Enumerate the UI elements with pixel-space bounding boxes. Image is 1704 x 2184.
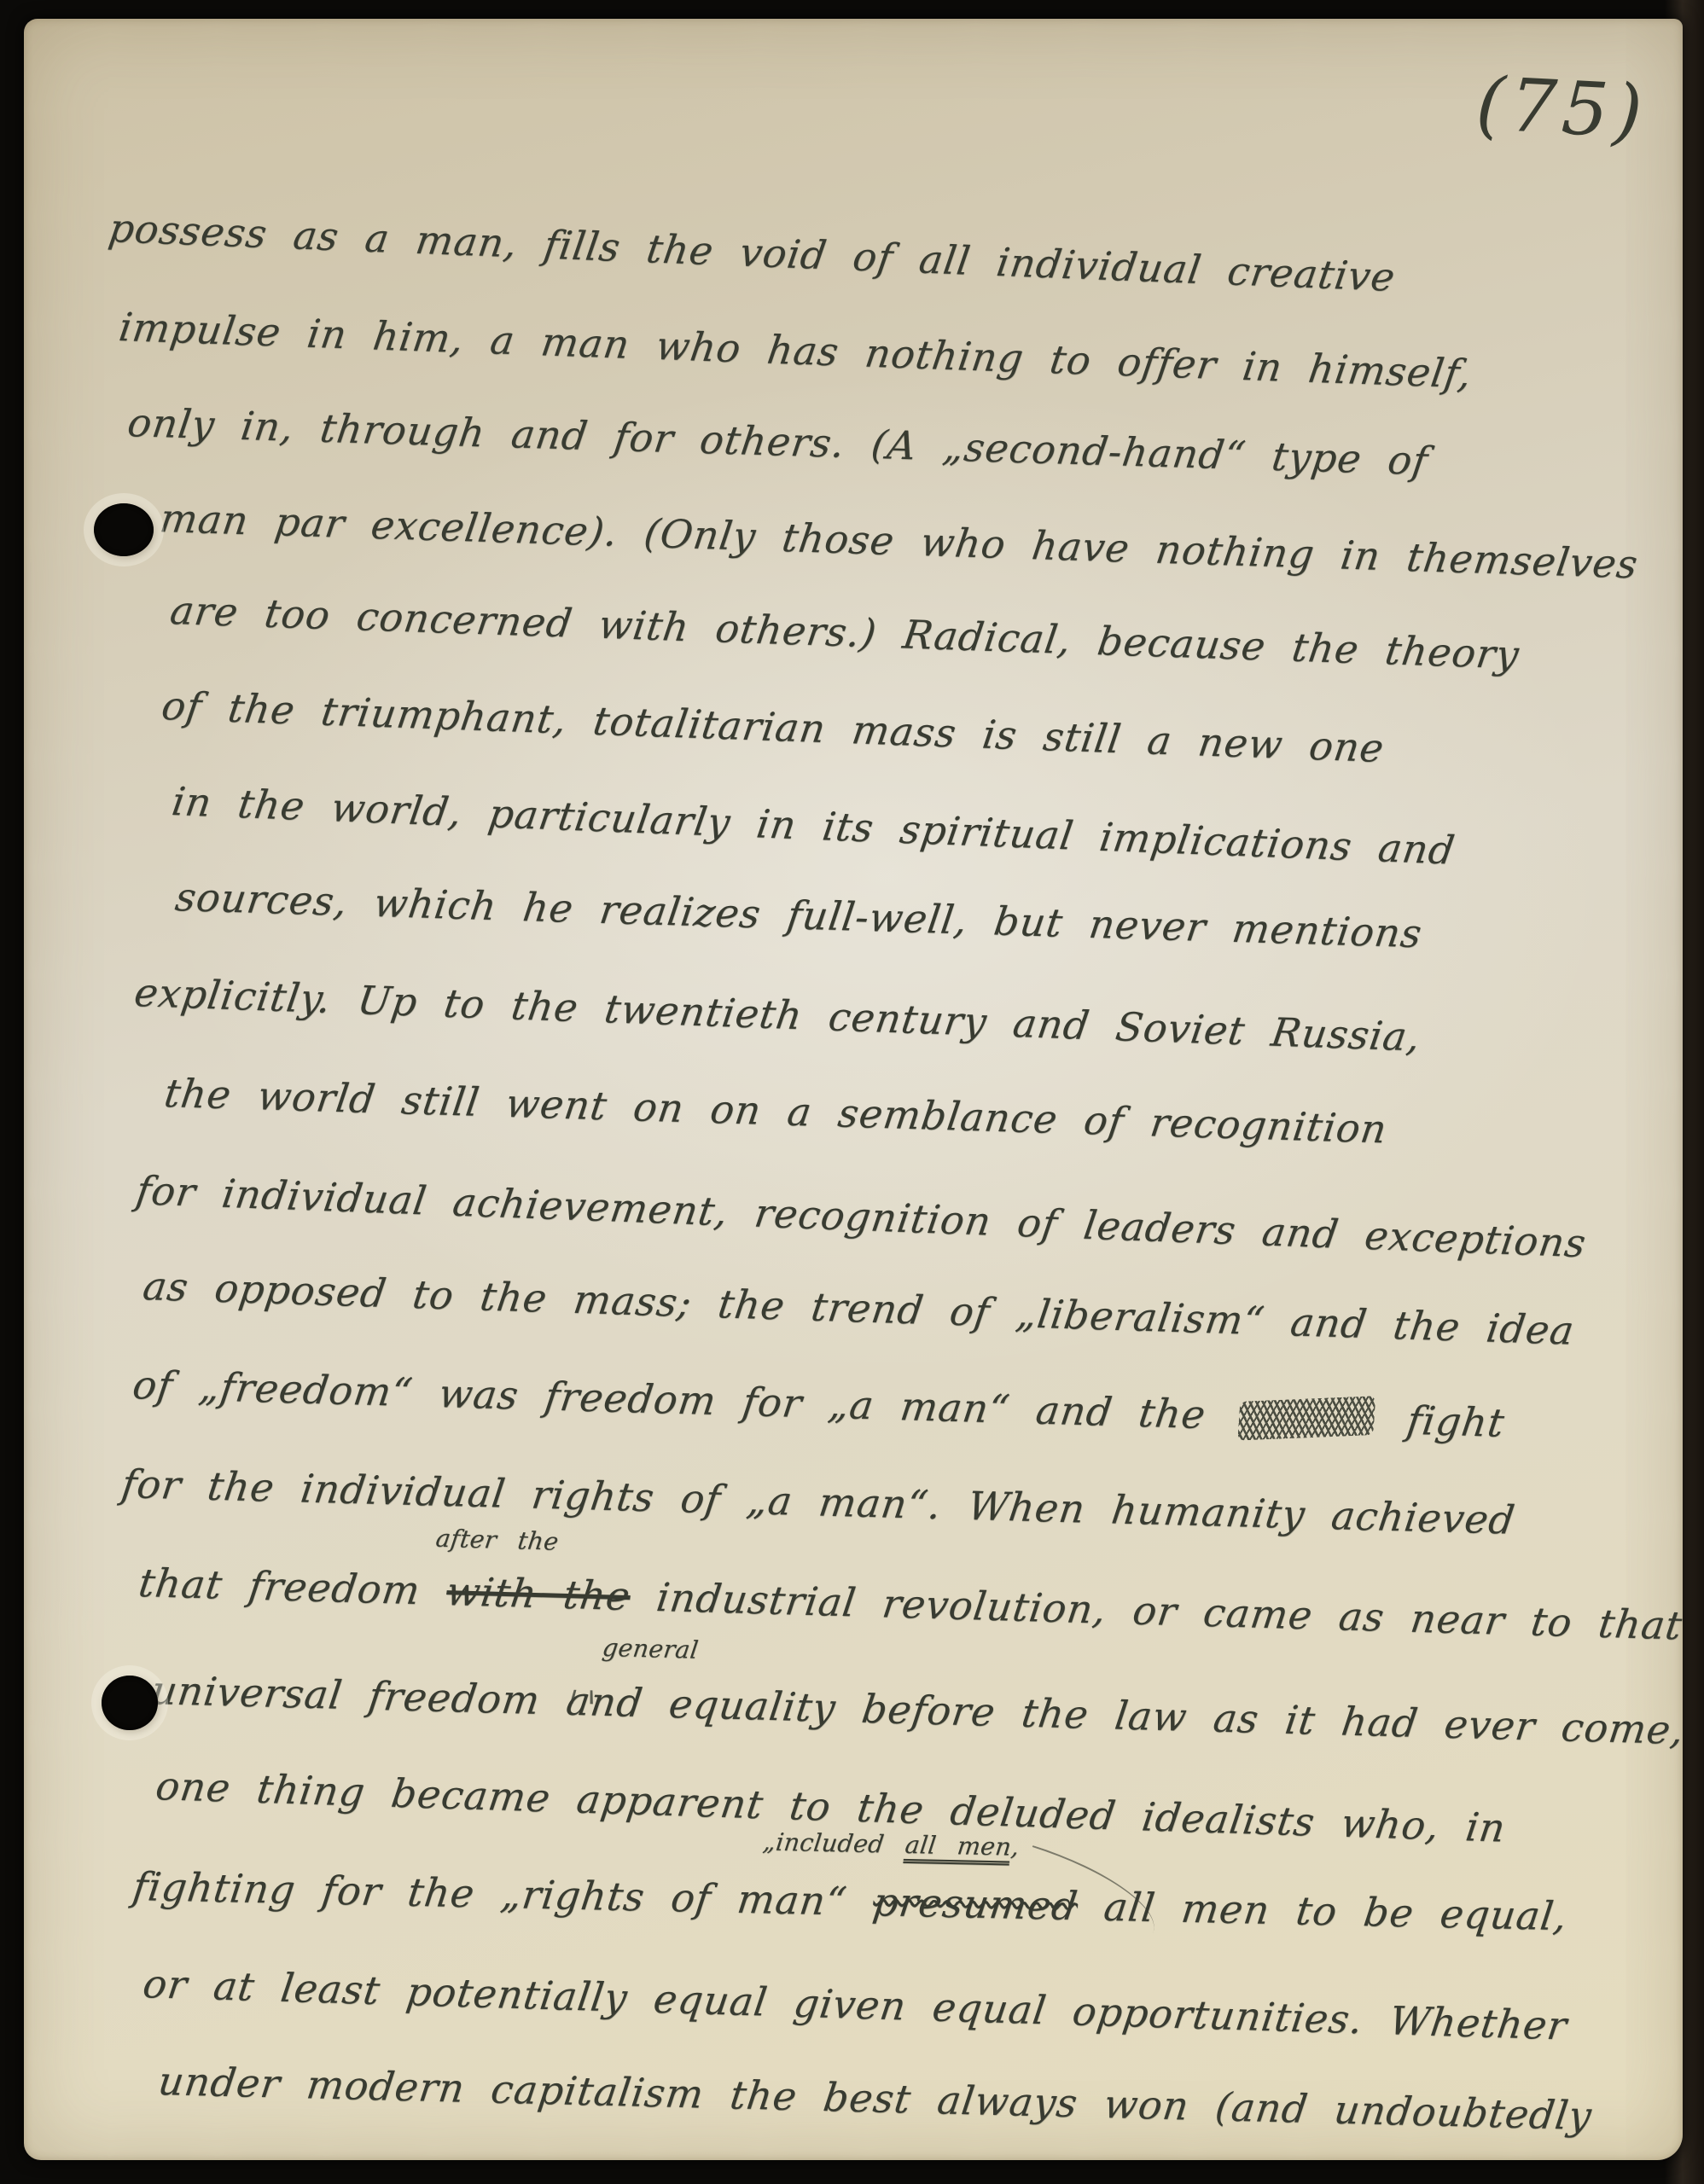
- text-run: fighting for the „rights of man“: [131, 1863, 876, 1925]
- text-run: explicitly. Up to the twentieth century …: [131, 969, 1423, 1060]
- text-run: are too concerned with others.) Radical,…: [167, 587, 1522, 677]
- text-run: industrial revolution, or came as near t…: [627, 1573, 1685, 1648]
- punch-hole-icon: [102, 1676, 158, 1730]
- handwritten-line: under modern capitalism the best always …: [156, 2061, 1594, 2135]
- text-run: equality before the law as it had ever c…: [666, 1681, 1687, 1753]
- handwritten-line: of „freedom“ was freedom for „a man“ and…: [131, 1365, 1507, 1443]
- text-run: in the world, particularly in its spirit…: [169, 778, 1458, 873]
- handwritten-line: fighting for the „rights of man“ „includ…: [131, 1867, 1570, 1936]
- text-run: of „freedom“ was freedom for „a man“ and…: [130, 1362, 1235, 1438]
- manuscript-lines: possess as a man, fills the void of all …: [24, 19, 1683, 2160]
- interlinear-insertion: general: [601, 1636, 700, 1663]
- handwritten-line: only in, through and for others. (A „sec…: [125, 403, 1431, 480]
- handwritten-line: the world still went on on a semblance o…: [162, 1073, 1390, 1148]
- manuscript-page: (75) possess as a man, fills the void of…: [24, 19, 1683, 2160]
- photo-background: (75) possess as a man, fills the void of…: [0, 0, 1704, 2184]
- text-run: that freedom: [136, 1560, 450, 1614]
- text-run: only in, through and for others. (A „sec…: [125, 399, 1431, 484]
- text-run: for the individual rights of „a man“. Wh…: [119, 1461, 1517, 1543]
- handwritten-line: for the individual rights of „a man“. Wh…: [119, 1464, 1517, 1540]
- handwritten-line: of the triumphant, totalitarian mass is …: [160, 686, 1387, 768]
- handwritten-line: explicitly. Up to the twentieth century …: [132, 973, 1423, 1056]
- text-run: fight: [1377, 1397, 1507, 1446]
- interlinear-insertion: after the: [434, 1527, 560, 1554]
- text-run: or at least potentially equal given equa…: [140, 1960, 1570, 2048]
- handwritten-line: impulse in him, a man who has nothing to…: [117, 307, 1474, 393]
- text-run: the world still went on on a semblance o…: [161, 1070, 1390, 1152]
- text-run: man par excellence). (Only those who hav…: [157, 495, 1641, 587]
- handwritten-line: are too concerned with others.) Radical,…: [168, 590, 1522, 674]
- text-run: for individual achievement, recognition …: [133, 1167, 1589, 1266]
- handwritten-line: universal freedom and generalequality be…: [149, 1670, 1687, 1750]
- text-run: sources, which he realizes full-well, bu…: [172, 874, 1425, 956]
- handwritten-line: for individual achievement, recognition …: [134, 1170, 1589, 1263]
- handwritten-line: sources, which he realizes full-well, bu…: [173, 877, 1425, 953]
- text-run: as opposed to the mass; the trend of „li…: [140, 1263, 1577, 1353]
- handwritten-line: in the world, particularly in its spirit…: [170, 781, 1457, 870]
- handwritten-line: or at least potentially equal given equa…: [141, 1964, 1570, 2045]
- punch-hole-icon: [94, 503, 154, 556]
- text-run: of the triumphant, totalitarian mass is …: [159, 682, 1387, 771]
- handwritten-line: man par excellence). (Only those who hav…: [158, 498, 1641, 584]
- handwritten-line: possess as a man, fills the void of all …: [107, 208, 1399, 297]
- text-run: universal freedom and: [148, 1667, 672, 1727]
- interlinear-insertion: „included all men,: [761, 1830, 1021, 1860]
- double-underlined-text: all men: [904, 1831, 1013, 1862]
- struck-out-word: with the: [444, 1568, 633, 1619]
- scribbled-out-word: [1237, 1396, 1375, 1440]
- handwritten-line: as opposed to the mass; the trend of „li…: [141, 1266, 1577, 1350]
- handwritten-line: that freedom after thewith the industria…: [137, 1563, 1685, 1645]
- text-run: possess as a man, fills the void of all …: [106, 205, 1399, 300]
- text-run: under modern capitalism the best always …: [156, 2058, 1595, 2139]
- text-run: impulse in him, a man who has nothing to…: [116, 304, 1474, 397]
